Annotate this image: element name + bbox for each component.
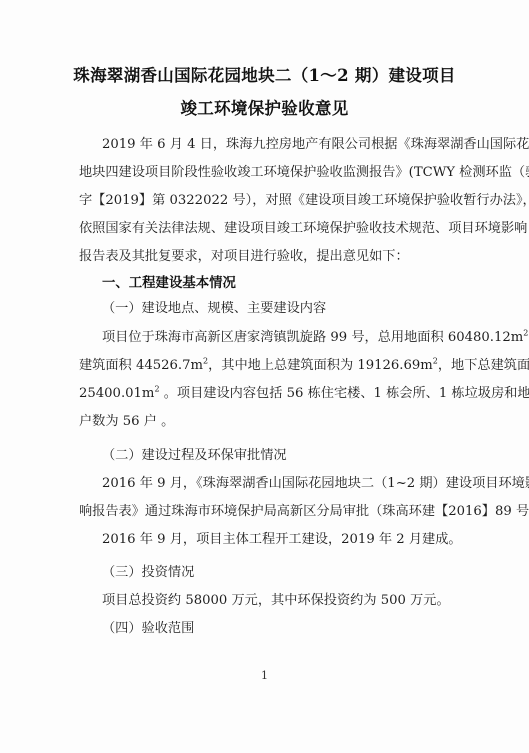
sub3-line-1: 项目总投资约 58000 万元，其中环保投资约为 500 万元。	[102, 589, 450, 608]
intro-line-4: 依照国家有关法律法规、建设项目竣工环境保护验收技术规范、项目环境影响	[79, 217, 527, 236]
sub2-line-2: 响报告表》通过珠海市环境保护局高新区分局审批（珠高环建【2016】89 号文）。	[79, 500, 529, 519]
sub1-line-2: 建筑面积 44526.7m2，其中地上总建筑面积为 19126.69m2，地下总…	[79, 354, 529, 373]
page-number: 1	[0, 669, 529, 682]
sub1-text: 项目位于珠海市高新区唐家湾镇凯旋路 99 号，总用地面积 60480.12m	[102, 330, 523, 345]
intro-line-2: 地块四建设项目阶段性验收竣工环境保护验收监测报告》(TCWY 检测环监（验）	[79, 161, 529, 180]
sub1-text: ，其中地上总建筑面积为 19126.69m	[208, 358, 433, 373]
subsection-heading-1: （一）建设地点、规模、主要建设内容	[102, 297, 326, 316]
document-page: 珠海翠湖香山国际花园地块二（1～2 期）建设项目 竣工环境保护验收意见 2019…	[0, 0, 529, 753]
sub1-text: 25400.01m	[79, 386, 154, 401]
document-title-line2: 竣工环境保护验收意见	[0, 95, 529, 119]
sub2-line-3: 2016 年 9 月，项目主体工程开工建设，2019 年 2 月建成。	[102, 528, 462, 547]
section-heading-1: 一、工程建设基本情况	[102, 272, 236, 291]
sub2-line-1: 2016 年 9 月，《珠海翠湖香山国际花园地块二（1~2 期）建设项目环境影	[102, 472, 529, 491]
subsection-heading-4: （四）验收范围	[102, 617, 194, 636]
intro-line-1: 2019 年 6 月 4 日，珠海九控房地产有限公司根据《珠海翠湖香山国际花园	[102, 133, 529, 152]
subsection-heading-2: （二）建设过程及环保审批情况	[102, 444, 287, 463]
intro-line-3: 字【2019】第 0322022 号），对照《建设项目竣工环境保护验收暂行办法》…	[79, 189, 529, 208]
sub1-line-3: 25400.01m2 。项目建设内容包括 56 栋住宅楼、1 栋会所、1 栋垃圾…	[79, 382, 529, 401]
document-title-line1: 珠海翠湖香山国际花园地块二（1～2 期）建设项目	[0, 62, 529, 86]
subsection-heading-3: （三）投资情况	[102, 561, 194, 580]
sub1-text: 建筑面积 44526.7m	[79, 358, 203, 373]
sub1-text: ，地下总建筑面积为	[438, 358, 529, 373]
intro-line-5: 报告表及其批复要求，对项目进行验收，提出意见如下：	[79, 245, 409, 264]
sub1-text: 。项目建设内容包括 56 栋住宅楼、1 栋会所、1 栋垃圾房和地下室，	[160, 386, 529, 401]
sub1-line-1: 项目位于珠海市高新区唐家湾镇凯旋路 99 号，总用地面积 60480.12m2，…	[102, 326, 529, 345]
sub1-line-4: 户数为 56 户 。	[79, 410, 174, 429]
